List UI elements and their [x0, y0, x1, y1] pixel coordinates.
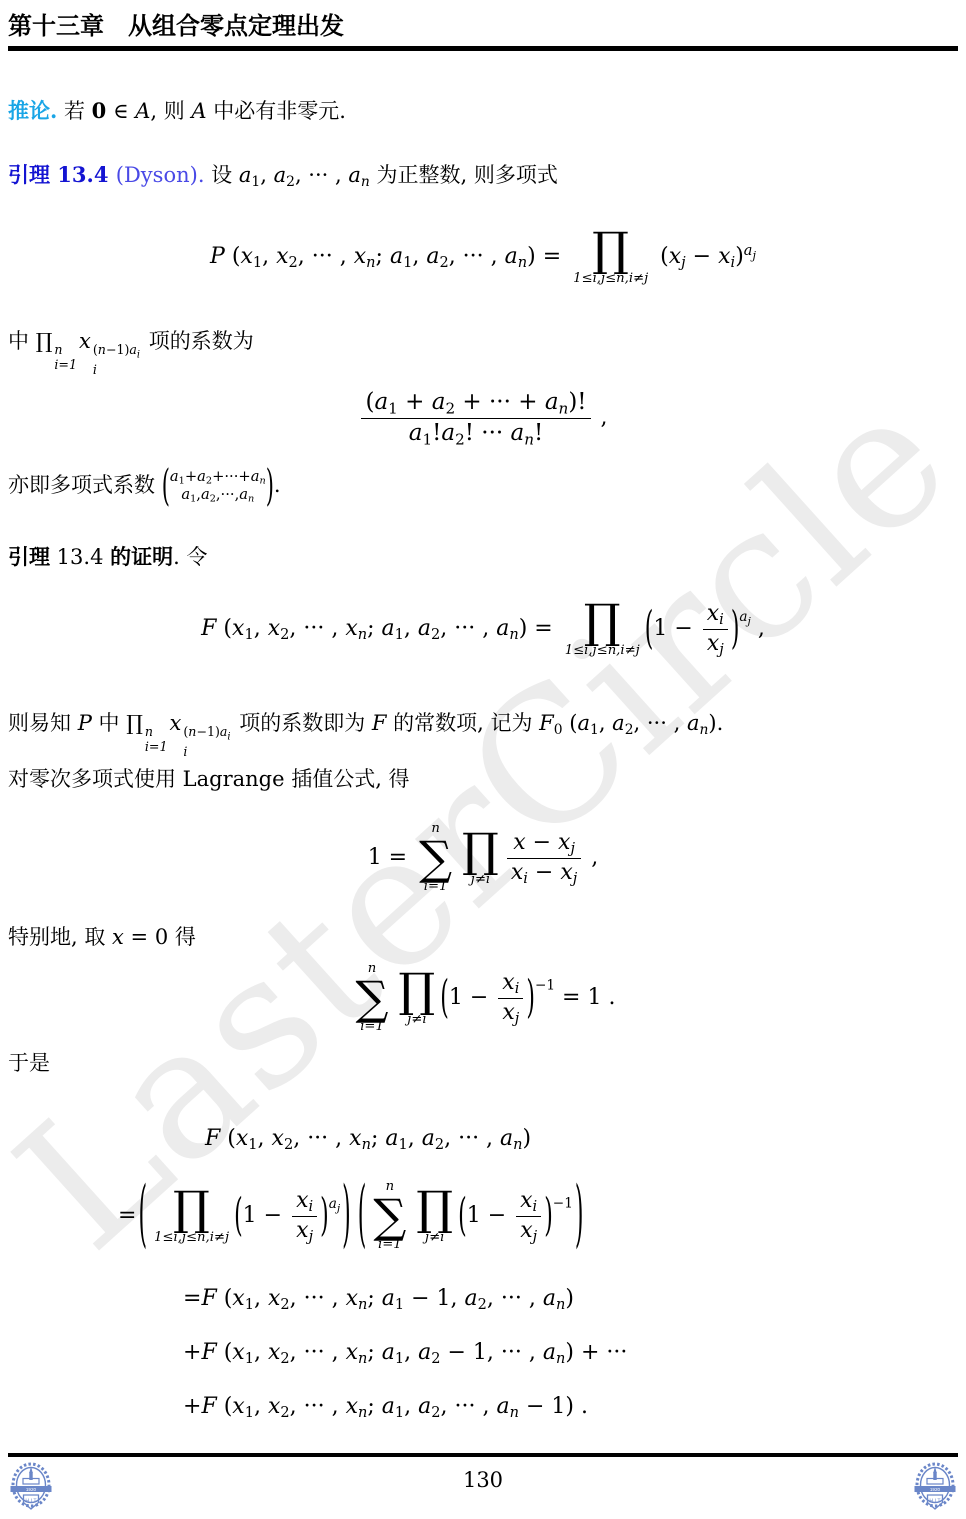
hit-emblem-icon: 1920 H I T [8, 1460, 54, 1519]
svg-text:H I T: H I T [25, 1499, 37, 1505]
substitute-x0-remark: 特别地, 取 x = 0 得 [8, 922, 958, 952]
textbook-page: LasterCircle 第十三章 从组合零点定理出发 推论. 若 0 ∈ A,… [0, 0, 966, 1519]
thus-remark: 于是 [8, 1048, 958, 1078]
equation-line-3: =F (x1, x2, ··· , xn; a1 − 1, a2, ··· , … [183, 1286, 574, 1313]
svg-text:H I T: H I T [929, 1499, 941, 1505]
corollary-paragraph: 推论. 若 0 ∈ A, 则 A 中必有非零元. [8, 96, 958, 126]
svg-text:1920: 1920 [930, 1487, 941, 1492]
hit-emblem-icon: 1920 H I T [912, 1460, 958, 1519]
proof-heading: 引理 13.4 的证明. 令 [8, 542, 958, 572]
chapter-header: 第十三章 从组合零点定理出发 [8, 6, 344, 41]
lagrange-remark: 对零次多项式使用 Lagrange 插值公式, 得 [8, 764, 958, 794]
footer-rule [8, 1453, 958, 1457]
formula-polynomial-P: P (x1, x2, ··· , xn; a1, a2, ··· , an) =… [0, 228, 966, 286]
formula-lagrange: 1 = n∑i=1∏j≠ix − xjxi − xj , [0, 822, 966, 895]
formula-sum-equals-1: n∑i=1∏j≠i(1 − xixj)−1 = 1 . [0, 962, 966, 1035]
formula-factorial-frac: (a1 + a2 + ··· + an)!a1!a2! ··· an! , [0, 388, 966, 449]
equation-line-2: =(∏1≤i,j≤n,i≠j(1 − xixj)aj)(n∑i=1∏j≠i(1 … [118, 1180, 585, 1253]
coefficient-intro: 中 ∏ni=1x(n−1)aii 项的系数为 [8, 326, 958, 377]
equation-line-1: F (x1, x2, ··· , xn; a1, a2, ··· , an) [205, 1126, 531, 1153]
page-number: 130 [0, 1468, 966, 1492]
svg-text:1920: 1920 [26, 1487, 37, 1492]
equation-line-5: +F (x1, x2, ··· , xn; a1, a2, ··· , an −… [183, 1394, 588, 1421]
lemma-statement: 引理 13.4 (Dyson). 设 a1, a2, ··· , an 为正整数… [8, 160, 958, 190]
equation-line-4: +F (x1, x2, ··· , xn; a1, a2 − 1, ··· , … [183, 1340, 627, 1367]
constant-term-remark: 则易知 P 中 ∏ni=1x(n−1)aii 项的系数即为 F 的常数项, 记为… [8, 708, 958, 759]
header-rule [8, 46, 958, 51]
formula-F-definition: F (x1, x2, ··· , xn; a1, a2, ··· , an) =… [0, 600, 966, 658]
multinomial-remark: 亦即多项式系数 (a1+a2+···+ana1,a2,···,an). [8, 468, 958, 505]
